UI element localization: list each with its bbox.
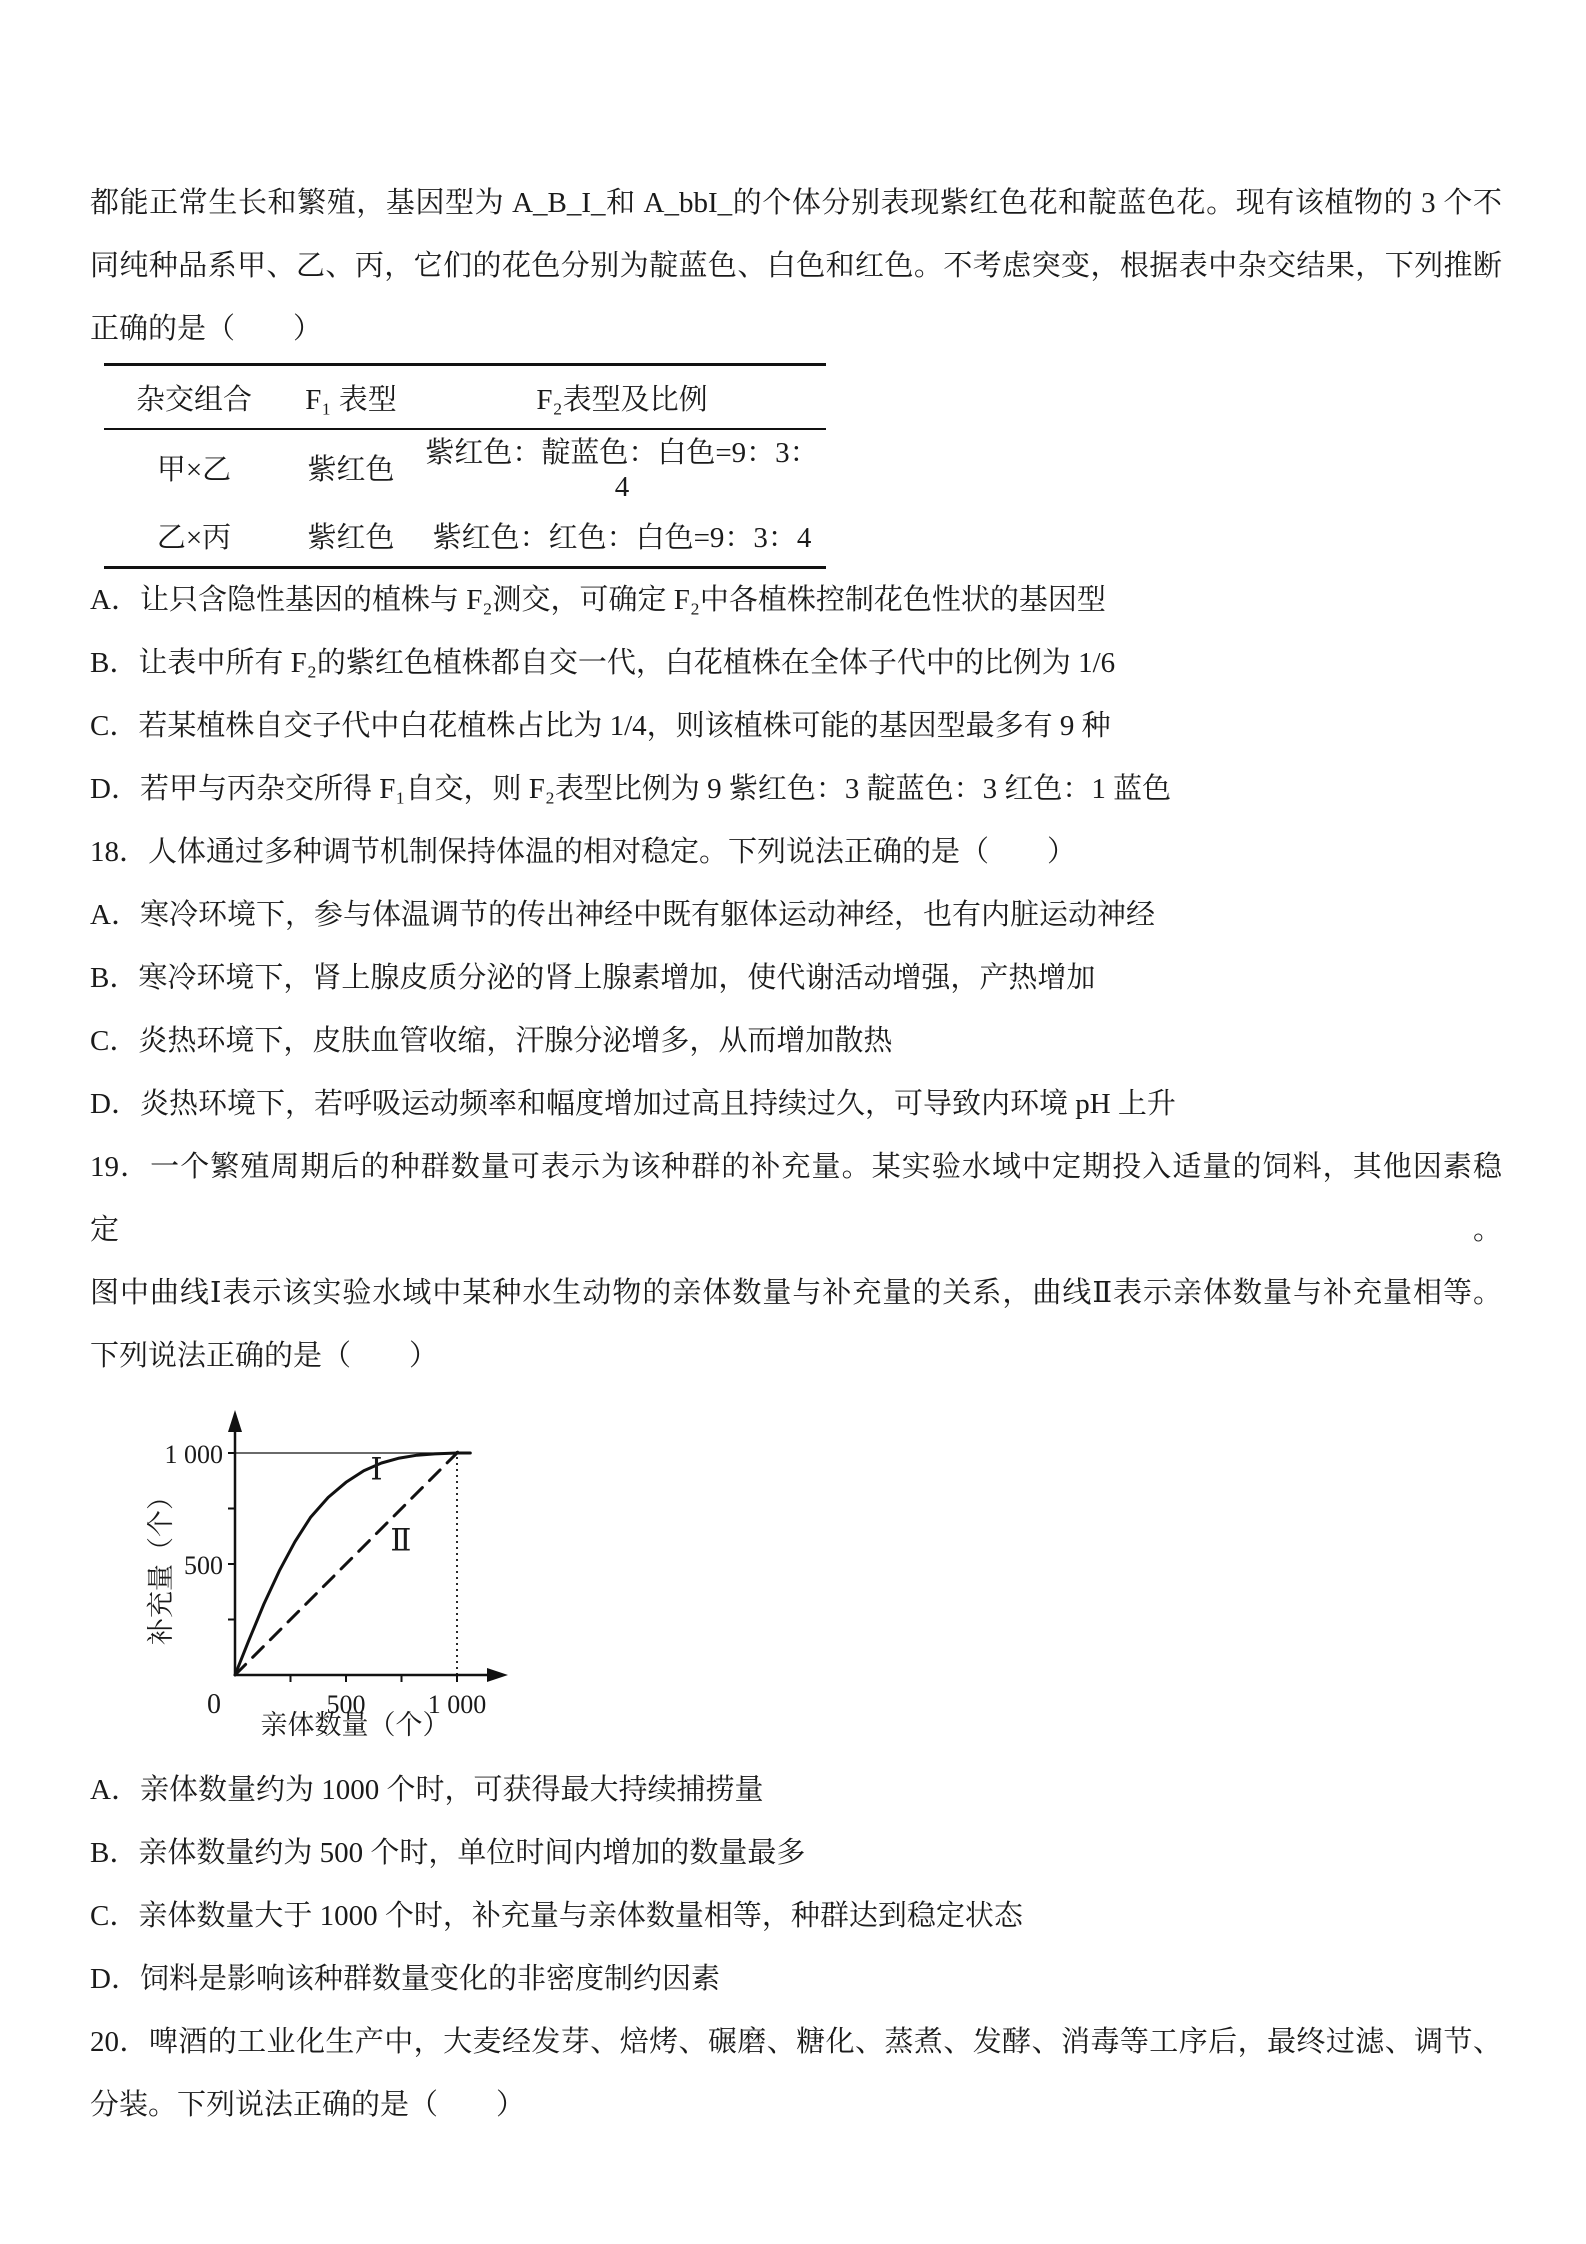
origin-label: 0: [207, 1689, 221, 1720]
option-text: 若甲与丙杂交所得 F₁自交，则 F₂表型比例为 9 紫红色：3 靛蓝色：3 红色…: [140, 773, 1171, 805]
option-text: 亲体数量大于 1000 个时，补充量与亲体数量相等，种群达到稳定状态: [138, 1900, 1023, 1932]
option-letter: B．: [90, 632, 138, 695]
option-letter: D．: [90, 1948, 140, 2011]
option-text: 炎热环境下，若呼吸运动频率和幅度增加过高且持续过久，可导致内环境 pH 上升: [140, 1088, 1176, 1120]
intro-line-3: 正确的是（ ）: [90, 298, 1502, 361]
option-letter: A．: [90, 1759, 140, 1822]
option-text: 若某植株自交子代中白花植株占比为 1/4，则该植株可能的基因型最多有 9 种: [138, 710, 1110, 742]
option-letter: D．: [90, 1073, 140, 1136]
col-header-f1: F₁ 表型: [284, 365, 418, 430]
table-header-row: 杂交组合 F₁ 表型 F₂表型及比例: [104, 365, 826, 430]
y-axis-arrow-icon: [228, 1410, 242, 1432]
q19-stem-line-3: 下列说法正确的是（ ）: [90, 1325, 1502, 1388]
col-header-f2: F₂表型及比例: [418, 365, 826, 430]
option-text: 饲料是影响该种群数量变化的非密度制约因素: [140, 1963, 720, 1995]
option-letter: C．: [90, 1885, 138, 1948]
cell-cross-2: 乙×丙: [104, 504, 284, 568]
q19-option-a: A．亲体数量约为 1000 个时，可获得最大持续捕捞量: [90, 1759, 1502, 1822]
option-letter: C．: [90, 695, 138, 758]
option-text: 让表中所有 F₂的紫红色植株都自交一代，白花植株在全体子代中的比例为 1/6: [138, 647, 1115, 679]
q19-option-c: C．亲体数量大于 1000 个时，补充量与亲体数量相等，种群达到稳定状态: [90, 1885, 1502, 1948]
table-row: 甲×乙 紫红色 紫红色：靛蓝色：白色=9：3：4: [104, 429, 826, 504]
option-text: 寒冷环境下，参与体温调节的传出神经中既有躯体运动神经，也有内脏运动神经: [140, 899, 1155, 931]
intro-line-1: 都能正常生长和繁殖，基因型为 A_B_I_和 A_bbI_的个体分别表现紫红色花…: [90, 172, 1502, 235]
q18-stem: 18．人体通过多种调节机制保持体温的相对稳定。下列说法正确的是（ ）: [90, 821, 1502, 884]
q17-option-b: B．让表中所有 F₂的紫红色植株都自交一代，白花植株在全体子代中的比例为 1/6: [90, 632, 1502, 695]
col-header-cross: 杂交组合: [104, 365, 284, 430]
q19-figure: 5001 0005001 0000ⅠⅡ补充量（个）亲体数量（个）: [140, 1390, 1502, 1742]
population-chart: 5001 0005001 0000ⅠⅡ补充量（个）亲体数量（个）: [140, 1390, 520, 1742]
cell-cross-1: 甲×乙: [104, 429, 284, 504]
option-letter: B．: [90, 947, 138, 1010]
option-text: 炎热环境下，皮肤血管收缩，汗腺分泌增多，从而增加散热: [138, 1025, 892, 1057]
q19-option-b: B．亲体数量约为 500 个时，单位时间内增加的数量最多: [90, 1822, 1502, 1885]
table-row: 乙×丙 紫红色 紫红色：红色：白色=9：3：4: [104, 504, 826, 568]
option-letter: C．: [90, 1010, 138, 1073]
q18-option-c: C．炎热环境下，皮肤血管收缩，汗腺分泌增多，从而增加散热: [90, 1010, 1502, 1073]
x-axis-title: 亲体数量（个）: [261, 1710, 450, 1740]
cell-f2-2: 紫红色：红色：白色=9：3：4: [418, 504, 826, 568]
curve-1: [235, 1453, 470, 1675]
option-letter: D．: [90, 758, 140, 821]
option-letter: A．: [90, 884, 140, 947]
q19-stem-line-2: 图中曲线Ⅰ表示该实验水域中某种水生动物的亲体数量与补充量的关系，曲线Ⅱ表示亲体数…: [90, 1262, 1502, 1325]
intro-line-2: 同纯种品系甲、乙、丙，它们的花色分别为靛蓝色、白色和红色。不考虑突变，根据表中杂…: [90, 235, 1502, 298]
q17-option-c: C．若某植株自交子代中白花植株占比为 1/4，则该植株可能的基因型最多有 9 种: [90, 695, 1502, 758]
y-axis-title: 补充量（个）: [146, 1483, 176, 1645]
option-text: 让只含隐性基因的植株与 F₂测交，可确定 F₂中各植株控制花色性状的基因型: [140, 584, 1106, 616]
cross-results-table: 杂交组合 F₁ 表型 F₂表型及比例 甲×乙 紫红色 紫红色：靛蓝色：白色=9：…: [104, 363, 826, 569]
cell-f2-1: 紫红色：靛蓝色：白色=9：3：4: [418, 429, 826, 504]
curve-label: Ⅱ: [390, 1523, 411, 1558]
q17-option-a: A．让只含隐性基因的植株与 F₂测交，可确定 F₂中各植株控制花色性状的基因型: [90, 569, 1502, 632]
option-text: 亲体数量约为 1000 个时，可获得最大持续捕捞量: [140, 1774, 764, 1806]
q17-option-d: D．若甲与丙杂交所得 F₁自交，则 F₂表型比例为 9 紫红色：3 靛蓝色：3 …: [90, 758, 1502, 821]
q20-line-1: 20．啤酒的工业化生产中，大麦经发芽、焙烤、碾磨、糖化、蒸煮、发酵、消毒等工序后…: [90, 2011, 1502, 2074]
q18-option-d: D．炎热环境下，若呼吸运动频率和幅度增加过高且持续过久，可导致内环境 pH 上升: [90, 1073, 1502, 1136]
exam-page: 都能正常生长和繁殖，基因型为 A_B_I_和 A_bbI_的个体分别表现紫红色花…: [0, 0, 1586, 2244]
option-text: 寒冷环境下，肾上腺皮质分泌的肾上腺素增加，使代谢活动增强，产热增加: [138, 962, 1095, 994]
option-letter: B．: [90, 1822, 138, 1885]
q18-option-a: A．寒冷环境下，参与体温调节的传出神经中既有躯体运动神经，也有内脏运动神经: [90, 884, 1502, 947]
option-letter: A．: [90, 569, 140, 632]
q19-option-d: D．饲料是影响该种群数量变化的非密度制约因素: [90, 1948, 1502, 2011]
q20-line-2: 分装。下列说法正确的是（ ）: [90, 2074, 1502, 2137]
y-tick-label: 1 000: [165, 1440, 224, 1469]
x-axis-arrow-icon: [487, 1668, 508, 1682]
q19-stem-line-1: 19．一个繁殖周期后的种群数量可表示为该种群的补充量。某实验水域中定期投入适量的…: [90, 1136, 1502, 1262]
cell-f1-1: 紫红色: [284, 429, 418, 504]
curve-label: Ⅰ: [370, 1452, 382, 1487]
option-text: 亲体数量约为 500 个时，单位时间内增加的数量最多: [138, 1837, 805, 1869]
y-tick-label: 500: [184, 1551, 223, 1580]
q18-option-b: B．寒冷环境下，肾上腺皮质分泌的肾上腺素增加，使代谢活动增强，产热增加: [90, 947, 1502, 1010]
cell-f1-2: 紫红色: [284, 504, 418, 568]
